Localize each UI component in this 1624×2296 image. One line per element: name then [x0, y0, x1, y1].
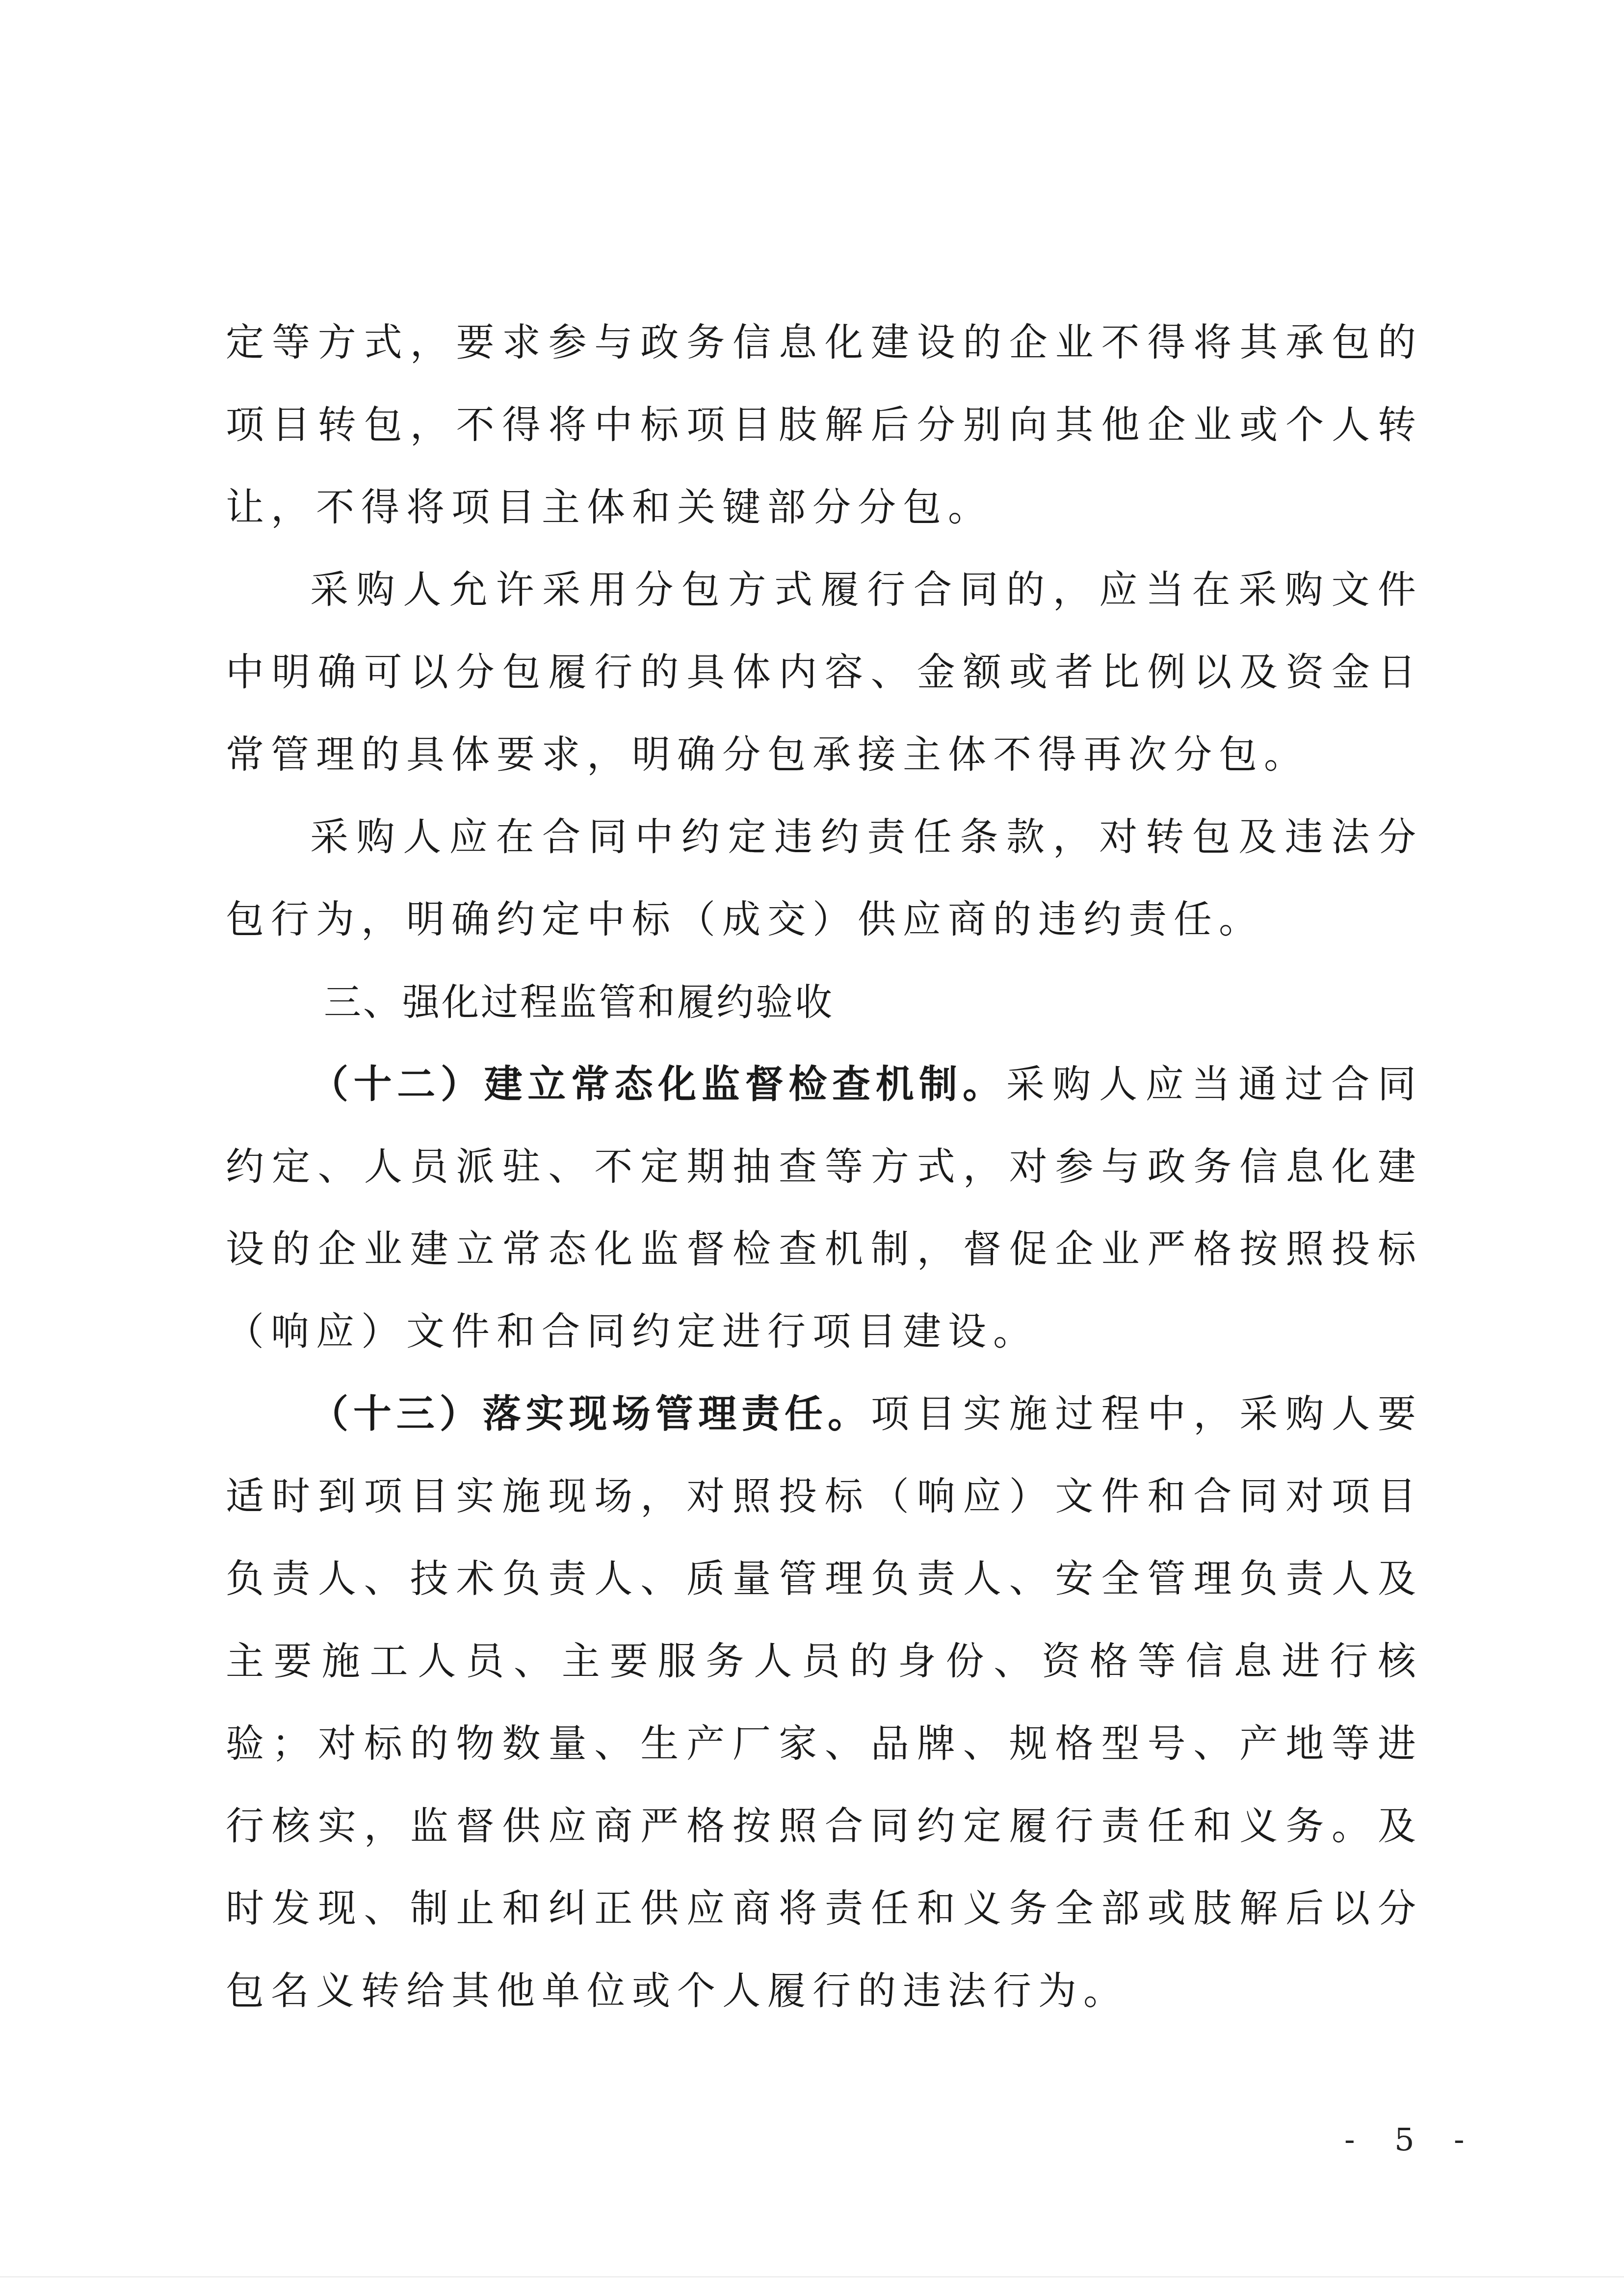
scan-edge [0, 2276, 1624, 2277]
paragraph-continuation: 定等方式，要求参与政务信息化建设的企业不得将其承包的项目转包，不得将中标项目肢解… [226, 302, 1423, 549]
clause-12: （十二）建立常态化监督检查机制。采购人应当通过合同约定、人员派驻、不定期抽查等方… [226, 1044, 1423, 1373]
clause-13-title: （十三）落实现场管理责任。 [310, 1392, 871, 1436]
document-page: 定等方式，要求参与政务信息化建设的企业不得将其承包的项目转包，不得将中标项目肢解… [0, 0, 1624, 2296]
page-number: - 5 - [1344, 2122, 1479, 2158]
paragraph-breach-liability: 采购人应在合同中约定违约责任条款，对转包及违法分包行为，明确约定中标（成交）供应… [226, 796, 1423, 961]
section-heading: 三、强化过程监管和履约验收 [226, 961, 1423, 1044]
paragraph-subcontract-allowed: 采购人允许采用分包方式履行合同的，应当在采购文件中明确可以分包履行的具体内容、金… [226, 549, 1423, 796]
clause-13-body: 项目实施过程中，采购人要适时到项目实施现场，对照投标（响应）文件和合同对项目负责… [226, 1392, 1423, 2013]
clause-13: （十三）落实现场管理责任。项目实施过程中，采购人要适时到项目实施现场，对照投标（… [226, 1373, 1423, 2033]
document-body: 定等方式，要求参与政务信息化建设的企业不得将其承包的项目转包，不得将中标项目肢解… [226, 302, 1423, 2033]
clause-12-title: （十二）建立常态化监督检查机制。 [310, 1063, 1006, 1107]
